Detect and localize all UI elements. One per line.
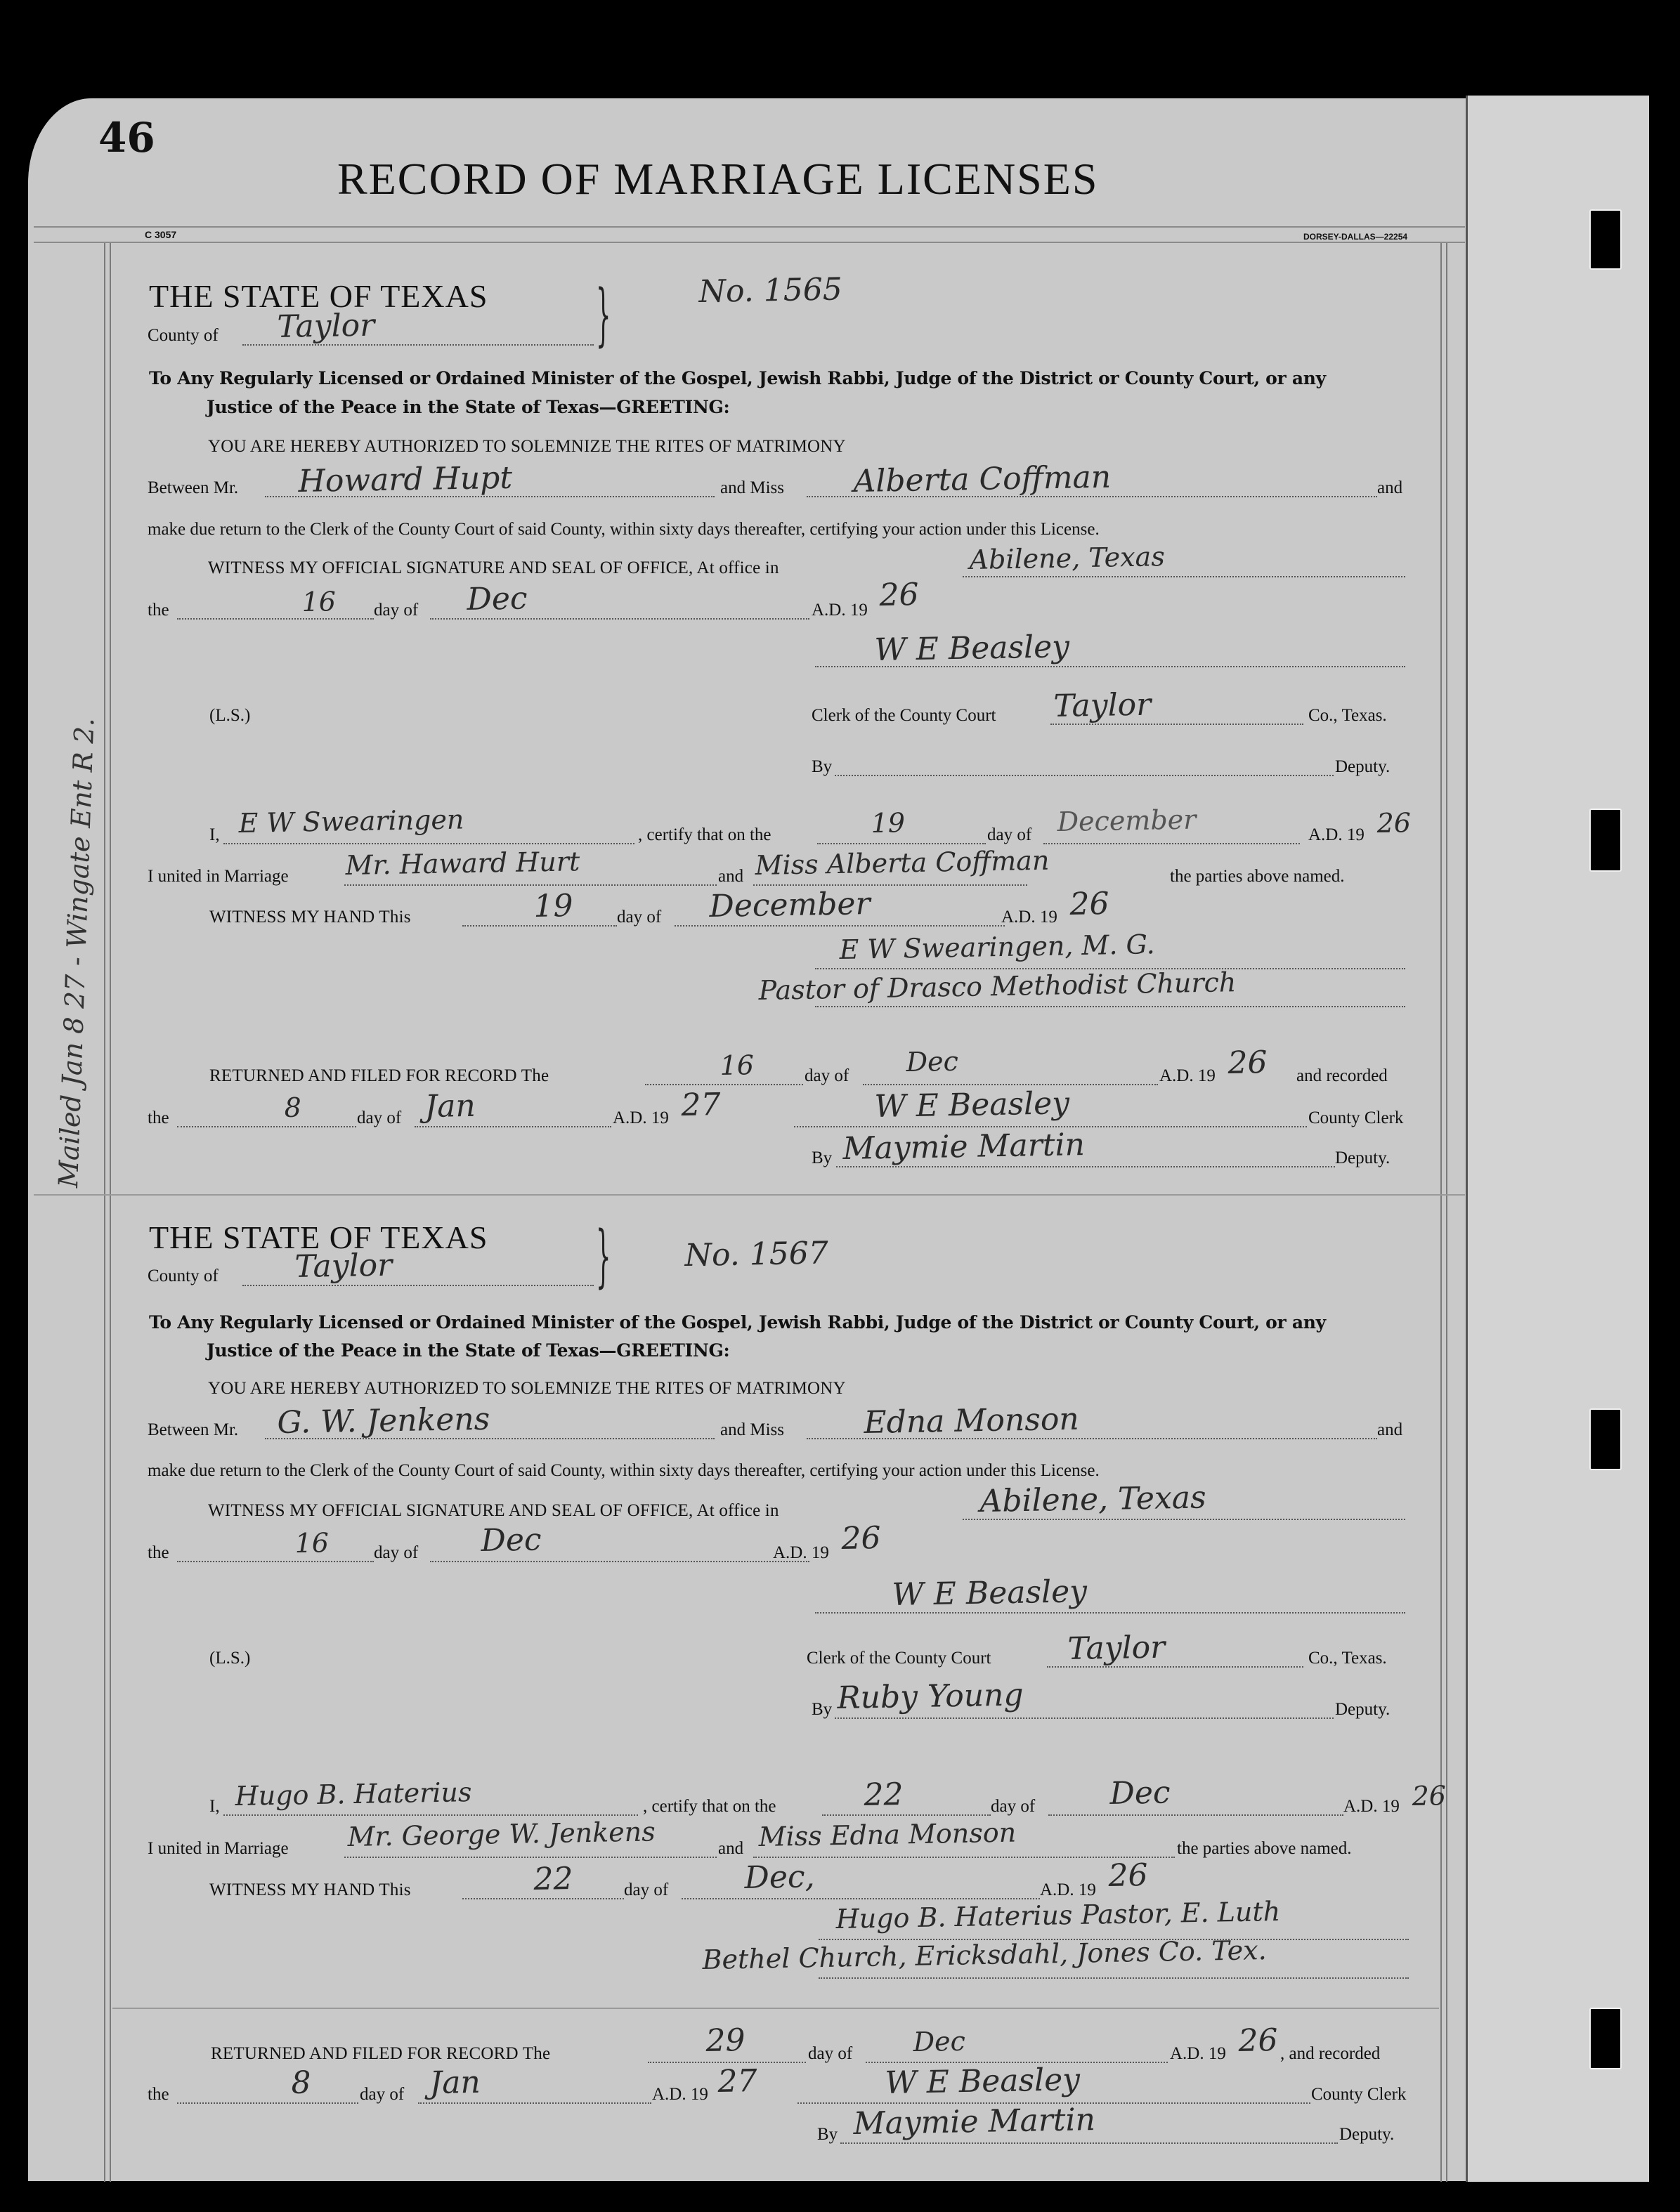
clerk-county: Taylor [1053, 687, 1151, 724]
day-of-label: day of [805, 1066, 849, 1086]
deputy-label: Deputy. [1335, 1700, 1390, 1720]
united-groom-line [344, 1857, 717, 1858]
day-of-label: day of [374, 601, 418, 620]
address-line-1: To Any Regularly Licensed or Ordained Mi… [149, 1312, 1326, 1333]
returned-month: Dec [913, 2026, 965, 2057]
month-field-line [430, 618, 809, 620]
returned-day: 29 [705, 2022, 745, 2059]
brace: } [596, 275, 611, 354]
and-label: and [718, 867, 743, 886]
the-label: the [148, 2085, 169, 2105]
binder-hole [1589, 209, 1622, 270]
united-groom: Mr. Haward Hurt [345, 846, 580, 881]
ad-label: A.D. 19 [652, 2085, 708, 2105]
office-field-line [963, 576, 1405, 577]
day-of-label: day of [991, 1797, 1035, 1817]
the-label: the [148, 1543, 169, 1563]
issued-day: 16 [294, 1527, 329, 1559]
ad-label: A.D. 19 [773, 1543, 829, 1563]
returned-month-line [863, 1084, 1158, 1085]
witness-day-line [462, 925, 617, 927]
parties-label: the parties above named. [1170, 867, 1345, 886]
office-city: Abilene, Texas [969, 541, 1165, 575]
married-month-line [1048, 1814, 1343, 1816]
county-value: Taylor [277, 308, 375, 345]
deputy-label: Deputy. [1335, 757, 1390, 777]
bride-name: Alberta Coffman [853, 459, 1111, 499]
right-border-line [1440, 243, 1442, 2182]
clerk-of-court-label: Clerk of the County Court [807, 1649, 991, 1668]
witness-day-line [462, 1898, 624, 1899]
address-line-2: Justice of the Peace in the State of Tex… [207, 1340, 729, 1361]
brace: } [596, 1217, 611, 1295]
recorded-day-line [177, 2102, 358, 2104]
married-month: Dec [1109, 1775, 1171, 1812]
seal-label: (L.S.) [209, 1649, 250, 1668]
officiant-line [223, 1814, 638, 1816]
married-month-line [1043, 843, 1300, 844]
returned-day-line [648, 2062, 806, 2063]
witness-month: Dec, [744, 1859, 815, 1896]
and-recorded-label: , and recorded [1280, 2044, 1380, 2064]
officiant-signature: E W Swearingen, M. G. [839, 929, 1155, 965]
page-title: RECORD OF MARRIAGE LICENSES [337, 153, 1098, 205]
recorded-year: 27 [717, 2063, 757, 2100]
married-day-line [822, 1814, 991, 1816]
i-label: I, [209, 825, 220, 845]
issued-month: Dec [481, 1522, 542, 1559]
between-mr-label: Between Mr. [148, 478, 238, 498]
witness-hand-label: WITNESS MY HAND This [209, 908, 411, 927]
recorded-month-line [418, 2102, 651, 2104]
recorded-year: 27 [681, 1087, 721, 1123]
officiant-line [223, 843, 634, 844]
printer-mark: DORSEY-DALLAS—22254 [1303, 232, 1407, 242]
officiant-title-line [819, 1977, 1409, 1979]
binder-hole [1589, 809, 1622, 872]
ad-label: A.D. 19 [1343, 1797, 1400, 1817]
county-label: County of [148, 326, 219, 346]
and-recorded-label: and recorded [1296, 1066, 1388, 1086]
day-of-label: day of [617, 908, 661, 927]
form-code: C 3057 [145, 229, 176, 240]
and-label: and [718, 1839, 743, 1859]
return-text: make due return to the Clerk of the Coun… [148, 520, 1100, 539]
certify-label: , certify that on the [643, 1797, 776, 1817]
clerk-county: Taylor [1067, 1630, 1165, 1667]
witness-hand-label: WITNESS MY HAND This [209, 1880, 411, 1900]
witness-year: 26 [1108, 1857, 1148, 1894]
address-line-1: To Any Regularly Licensed or Ordained Mi… [149, 368, 1326, 388]
return-text: make due return to the Clerk of the Coun… [148, 1461, 1100, 1481]
binding-strip [1466, 96, 1649, 2182]
left-border-line [104, 243, 105, 2182]
officiant-name: E W Swearingen [238, 804, 464, 839]
recording-deputy: Maymie Martin [842, 1127, 1085, 1167]
license-number: No. 1567 [684, 1235, 828, 1274]
united-bride: Miss Edna Monson [758, 1817, 1016, 1852]
county-label: County of [148, 1267, 219, 1286]
married-year: 26 [1376, 807, 1411, 839]
married-day: 22 [864, 1776, 904, 1813]
and-label: and [1377, 1420, 1402, 1440]
returned-filed-label: RETURNED AND FILED FOR RECORD The [211, 2044, 550, 2064]
authorized-text: YOU ARE HEREBY AUTHORIZED TO SOLEMNIZE T… [208, 437, 846, 457]
header-rule [34, 226, 1465, 228]
recording-deputy: Maymie Martin [853, 2102, 1095, 2142]
officiant-title-line [815, 1006, 1405, 1007]
by-label: By [817, 2125, 838, 2145]
returned-day: 16 [719, 1049, 754, 1081]
witness-day: 19 [533, 888, 573, 924]
office-field-line [963, 1519, 1405, 1520]
day-field-line [177, 618, 374, 620]
section-rule [112, 2008, 1439, 2009]
left-border-line [110, 243, 111, 2182]
married-day: 19 [871, 807, 905, 839]
recorded-day-line [177, 1126, 356, 1127]
seal-label: (L.S.) [209, 706, 250, 726]
between-mr-label: Between Mr. [148, 1420, 238, 1440]
day-of-label: day of [357, 1108, 401, 1128]
day-of-label: day of [374, 1543, 418, 1563]
county-clerk-label: County Clerk [1308, 1108, 1403, 1128]
issued-day: 16 [301, 586, 336, 617]
united-groom-line [344, 884, 717, 886]
and-label: and [1377, 478, 1402, 498]
day-of-label: day of [624, 1880, 668, 1900]
witness-day: 22 [533, 1861, 573, 1897]
witness-official-text: WITNESS MY OFFICIAL SIGNATURE AND SEAL O… [208, 558, 779, 578]
by-label: By [812, 1148, 832, 1168]
ad-label: A.D. 19 [812, 601, 868, 620]
recording-deputy-line [840, 2142, 1338, 2144]
authorized-text: YOU ARE HEREBY AUTHORIZED TO SOLEMNIZE T… [208, 1379, 846, 1399]
returned-year: 26 [1238, 2022, 1278, 2059]
clerk-county-line [1050, 724, 1303, 725]
month-field-line [430, 1561, 809, 1562]
right-border-line [1446, 243, 1447, 2182]
clerk-of-court-label: Clerk of the County Court [812, 706, 996, 726]
united-bride: Miss Alberta Coffman [755, 845, 1049, 881]
deputy-label: Deputy. [1339, 2125, 1394, 2145]
witness-month-line [682, 1898, 1040, 1899]
clerk-signature: W E Beasley [874, 629, 1069, 668]
binder-hole [1589, 1408, 1622, 1470]
issued-month: Dec [467, 581, 528, 617]
united-groom: Mr. George W. Jenkens [347, 1816, 656, 1852]
issued-year: 26 [841, 1520, 881, 1557]
united-bride-line [753, 884, 1027, 886]
recorded-day: 8 [291, 2065, 311, 2101]
united-label: I united in Marriage [148, 867, 289, 886]
recorded-day: 8 [284, 1092, 301, 1123]
clerk-signature: W E Beasley [892, 1573, 1087, 1613]
county-field-line [242, 1285, 594, 1286]
header-rule [34, 242, 1465, 243]
witness-month: December [709, 886, 871, 924]
the-label: the [148, 1108, 169, 1128]
the-label: the [148, 601, 169, 620]
returned-month: Dec [906, 1046, 958, 1078]
ad-label: A.D. 19 [1040, 1880, 1096, 1900]
issued-year: 26 [879, 577, 919, 613]
county-clerk-signature: W E Beasley [874, 1085, 1069, 1125]
deputy-label: Deputy. [1335, 1148, 1390, 1168]
groom-name: G. W. Jenkens [277, 1401, 490, 1441]
by-label: By [812, 757, 832, 777]
office-city: Abilene, Texas [979, 1479, 1206, 1519]
returned-day-line [645, 1084, 803, 1085]
by-label: By [812, 1700, 832, 1720]
returned-filed-label: RETURNED AND FILED FOR RECORD The [209, 1066, 549, 1086]
certify-label: , certify that on the [638, 825, 771, 845]
license-number: No. 1565 [698, 271, 842, 310]
ad-label: A.D. 19 [1308, 825, 1365, 845]
county-clerk-label: County Clerk [1311, 2085, 1406, 2105]
married-year: 26 [1412, 1780, 1446, 1812]
day-field-line [177, 1561, 374, 1562]
officiant-name: Hugo B. Haterius [235, 1776, 472, 1812]
witness-year: 26 [1069, 886, 1109, 922]
day-of-label: day of [360, 2085, 404, 2105]
ad-label: A.D. 19 [1001, 908, 1057, 927]
and-miss-label: and Miss [720, 478, 784, 498]
parties-label: the parties above named. [1177, 1839, 1352, 1859]
i-label: I, [209, 1797, 220, 1817]
ad-label: A.D. 19 [1159, 1066, 1216, 1086]
groom-name: Howard Hupt [298, 460, 512, 499]
recorded-month: Jan [429, 2064, 481, 2101]
county-value: Taylor [294, 1248, 392, 1285]
bride-name: Edna Monson [864, 1401, 1079, 1441]
deputy-line [835, 775, 1334, 776]
day-of-label: day of [808, 2044, 852, 2064]
ad-label: A.D. 19 [613, 1108, 669, 1128]
county-clerk-signature: W E Beasley [885, 2062, 1080, 2101]
returned-year: 26 [1228, 1045, 1268, 1081]
page-number: 46 [98, 114, 155, 162]
recorded-month: Jan [424, 1088, 476, 1125]
married-month: December [1057, 804, 1196, 837]
recording-deputy-line [836, 1166, 1335, 1167]
deputy-line [835, 1717, 1334, 1719]
address-line-2: Justice of the Peace in the State of Tex… [207, 397, 729, 417]
united-label: I united in Marriage [148, 1839, 289, 1859]
issuing-deputy: Ruby Young [837, 1677, 1024, 1716]
co-texas-label: Co., Texas. [1308, 706, 1387, 726]
witness-month-line [675, 925, 1005, 927]
ad-label: A.D. 19 [1170, 2044, 1226, 2064]
day-of-label: day of [987, 825, 1031, 845]
and-miss-label: and Miss [720, 1420, 784, 1440]
co-texas-label: Co., Texas. [1308, 1649, 1387, 1668]
witness-official-text: WITNESS MY OFFICIAL SIGNATURE AND SEAL O… [208, 1501, 779, 1521]
married-day-line [817, 843, 986, 844]
recorded-month-line [415, 1126, 611, 1127]
binder-hole [1589, 2008, 1622, 2069]
record-separator [34, 1194, 1465, 1196]
